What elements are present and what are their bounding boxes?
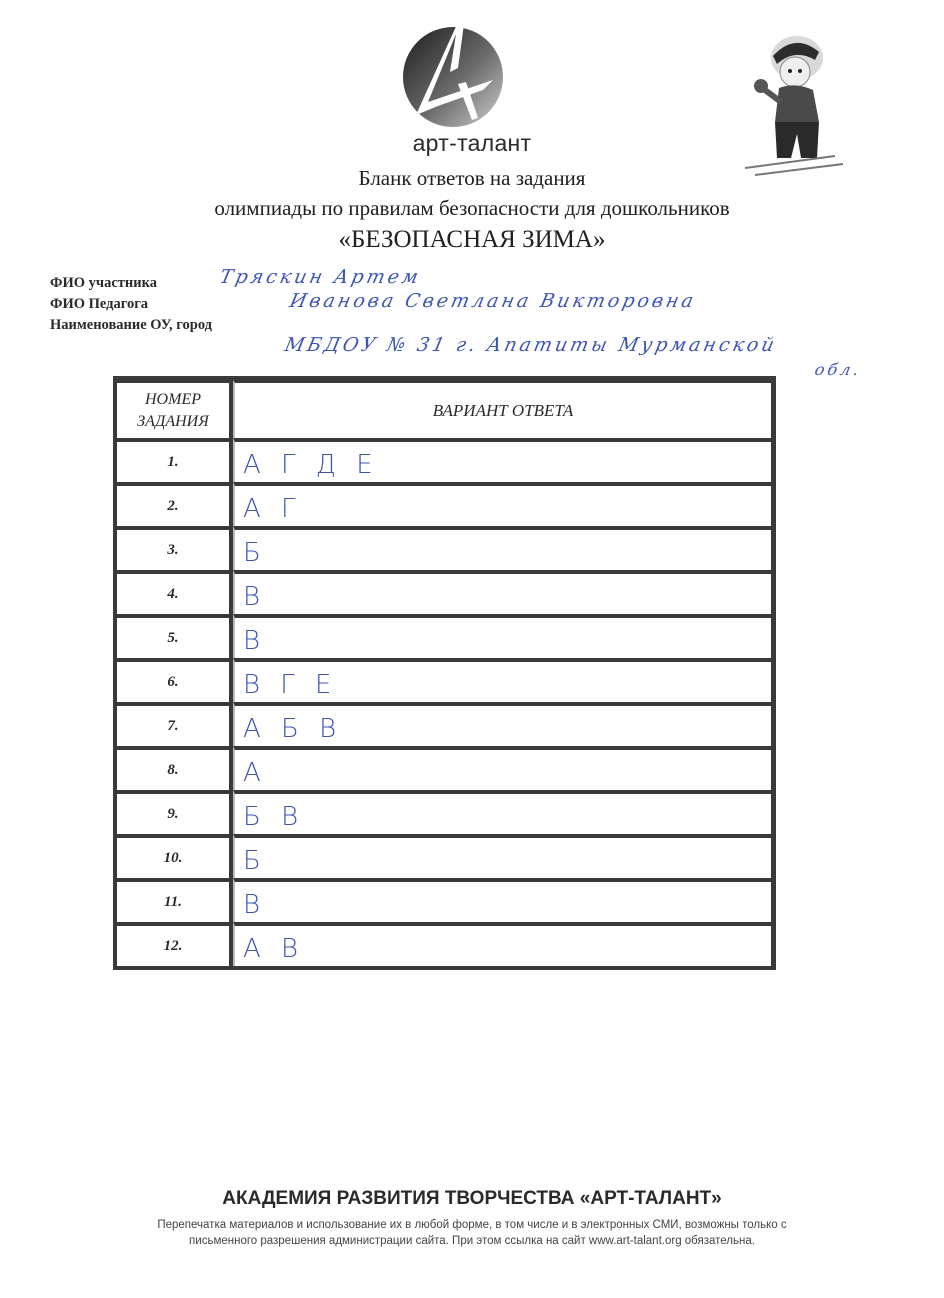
task-number: 1. xyxy=(117,438,233,482)
form-subtitle: олимпиады по правилам безопасности для д… xyxy=(0,196,944,221)
task-number: 2. xyxy=(117,482,233,526)
answer-cell[interactable]: А Г xyxy=(233,482,771,526)
table-row: 3.Б xyxy=(117,526,771,570)
answer-cell[interactable]: В xyxy=(233,570,771,614)
task-number: 9. xyxy=(117,790,233,834)
task-number: 12. xyxy=(117,922,233,966)
olympiad-name: «БЕЗОПАСНАЯ ЗИМА» xyxy=(0,226,944,254)
answer-cell[interactable]: А Б В xyxy=(233,702,771,746)
task-number: 5. xyxy=(117,614,233,658)
answer-cell[interactable]: В xyxy=(233,614,771,658)
header-num-line1: НОМЕР xyxy=(117,389,229,411)
school-field[interactable]: МБДОУ № 31 г. Апатиты Мурманской xyxy=(283,334,779,356)
header-num-line2: ЗАДАНИЯ xyxy=(117,411,229,433)
task-number: 8. xyxy=(117,746,233,790)
task-number: 10. xyxy=(117,834,233,878)
answer-cell[interactable]: В Г Е xyxy=(233,658,771,702)
task-number: 7. xyxy=(117,702,233,746)
participant-label: ФИО участника xyxy=(50,275,157,292)
footer-note-line2: письменного разрешения администрации сай… xyxy=(60,1233,884,1249)
table-row: 9.Б В xyxy=(117,790,771,834)
footer-note: Перепечатка материалов и использование и… xyxy=(60,1217,884,1249)
answer-cell[interactable]: Б xyxy=(233,526,771,570)
teacher-name-field[interactable]: Иванова Светлана Викторовна xyxy=(288,290,699,312)
table-row: 10.Б xyxy=(117,834,771,878)
column-header-task-number: НОМЕР ЗАДАНИЯ xyxy=(117,380,233,438)
answer-cell[interactable]: Б В xyxy=(233,790,771,834)
school-field-continued: обл. xyxy=(813,360,864,379)
task-number: 3. xyxy=(117,526,233,570)
table-row: 12.А В xyxy=(117,922,771,966)
table-row: 8.А xyxy=(117,746,771,790)
school-label: Наименование ОУ, город xyxy=(50,317,212,334)
participant-name-field[interactable]: Тряскин Артем xyxy=(218,266,423,288)
footer-note-line1: Перепечатка материалов и использование и… xyxy=(60,1217,884,1233)
table-row: 2.А Г xyxy=(117,482,771,526)
form-title: Бланк ответов на задания xyxy=(0,166,944,191)
teacher-label: ФИО Педагога xyxy=(50,296,148,313)
answer-cell[interactable]: А В xyxy=(233,922,771,966)
task-number: 11. xyxy=(117,878,233,922)
table-row: 4.В xyxy=(117,570,771,614)
answer-cell[interactable]: А Г Д Е xyxy=(233,438,771,482)
footer-title: АКАДЕМИЯ РАЗВИТИЯ ТВОРЧЕСТВА «АРТ-ТАЛАНТ… xyxy=(0,1188,944,1210)
table-row: 1.А Г Д Е xyxy=(117,438,771,482)
table-row: 11.В xyxy=(117,878,771,922)
task-number: 4. xyxy=(117,570,233,614)
answer-cell[interactable]: А xyxy=(233,746,771,790)
column-header-answer: ВАРИАНТ ОТВЕТА xyxy=(233,380,771,438)
table-row: 7.А Б В xyxy=(117,702,771,746)
child-skier-illustration xyxy=(735,30,850,180)
task-number: 6. xyxy=(117,658,233,702)
table-row: 5.В xyxy=(117,614,771,658)
art-talant-logo-icon xyxy=(398,20,508,130)
answers-table: НОМЕР ЗАДАНИЯ ВАРИАНТ ОТВЕТА 1.А Г Д Е2.… xyxy=(113,376,776,970)
table-header-row: НОМЕР ЗАДАНИЯ ВАРИАНТ ОТВЕТА xyxy=(117,380,771,438)
answer-cell[interactable]: В xyxy=(233,878,771,922)
answer-cell[interactable]: Б xyxy=(233,834,771,878)
table-row: 6.В Г Е xyxy=(117,658,771,702)
